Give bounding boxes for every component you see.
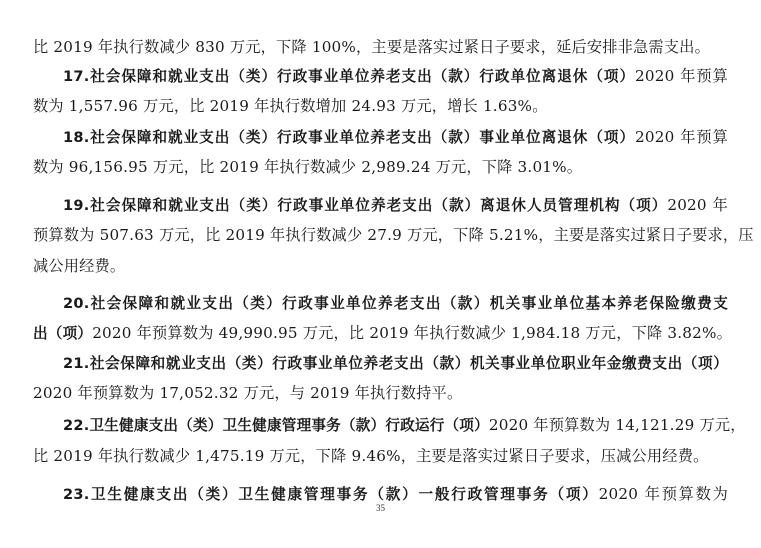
page-number: 35 [0,503,761,513]
paragraph-17-body: 数为 1,557.96 万元，比 2019 年执行数增加 24.93 万元，增长… [33,96,728,116]
paragraph-21-body: 2020 年预算数为 17,052.32 万元，与 2019 年执行数持平。 [33,383,728,403]
document-page: 比 2019 年执行数减少 830 万元，下降 100%，主要是落实过紧日子要求… [0,0,761,548]
item-18-title: 18.社会保障和就业支出（类）行政事业单位养老支出（款）事业单位离退休（项） [63,129,635,146]
paragraph-18-body: 数为 96,156.95 万元，比 2019 年执行数减少 2,989.24 万… [33,157,728,177]
paragraph-21-heading: 21.社会保障和就业支出（类）行政事业单位养老支出（款）机关事业单位职业年金缴费… [63,353,728,374]
paragraph-22-body: 比 2019 年执行数减少 1,475.19 万元，下降 9.46%，主要是落实… [33,446,728,466]
paragraph-19-body: 预算数为 507.63 万元，比 2019 年执行数减少 27.9 万元，下降 … [33,225,728,245]
paragraph-20-heading: 20.社会保障和就业支出（类）行政事业单位养老支出（款）机关事业单位基本养老保险… [63,293,728,314]
paragraph-19-heading: 19.社会保障和就业支出（类）行政事业单位养老支出（款）离退休人员管理机构（项）… [63,195,728,216]
item-23-title: 23.卫生健康支出（类）卫生健康管理事务（款）一般行政管理事务（项） [63,486,599,503]
paragraph-19-body-end: 减公用经费。 [33,256,728,276]
item-17-title: 17.社会保障和就业支出（类）行政事业单位养老支出（款）行政单位离退休（项） [63,68,635,85]
paragraph-16-tail: 比 2019 年执行数减少 830 万元，下降 100%，主要是落实过紧日子要求… [33,37,728,58]
item-19-title: 19.社会保障和就业支出（类）行政事业单位养老支出（款）离退休人员管理机构（项） [63,197,667,214]
paragraph-18-heading: 18.社会保障和就业支出（类）行政事业单位养老支出（款）事业单位离退休（项）20… [63,127,728,148]
paragraph-22-heading: 22.卫生健康支出（类）卫生健康管理事务（款）行政运行（项）2020 年预算数为… [63,415,728,436]
paragraph-17-heading: 17.社会保障和就业支出（类）行政事业单位养老支出（款）行政单位离退休（项）20… [63,66,728,87]
item-22-title: 22.卫生健康支出（类）卫生健康管理事务（款）行政运行（项） [63,417,489,434]
item-21-title: 21.社会保障和就业支出（类）行政事业单位养老支出（款）机关事业单位职业年金缴费… [63,355,728,372]
item-20-title: 20.社会保障和就业支出（类）行政事业单位养老支出（款）机关事业单位基本养老保险… [63,295,728,312]
paragraph-20-body: 出（项）2020 年预算数为 49,990.95 万元，比 2019 年执行数减… [33,323,728,344]
paragraph-23-heading: 23.卫生健康支出（类）卫生健康管理事务（款）一般行政管理事务（项）2020 年… [63,484,728,505]
